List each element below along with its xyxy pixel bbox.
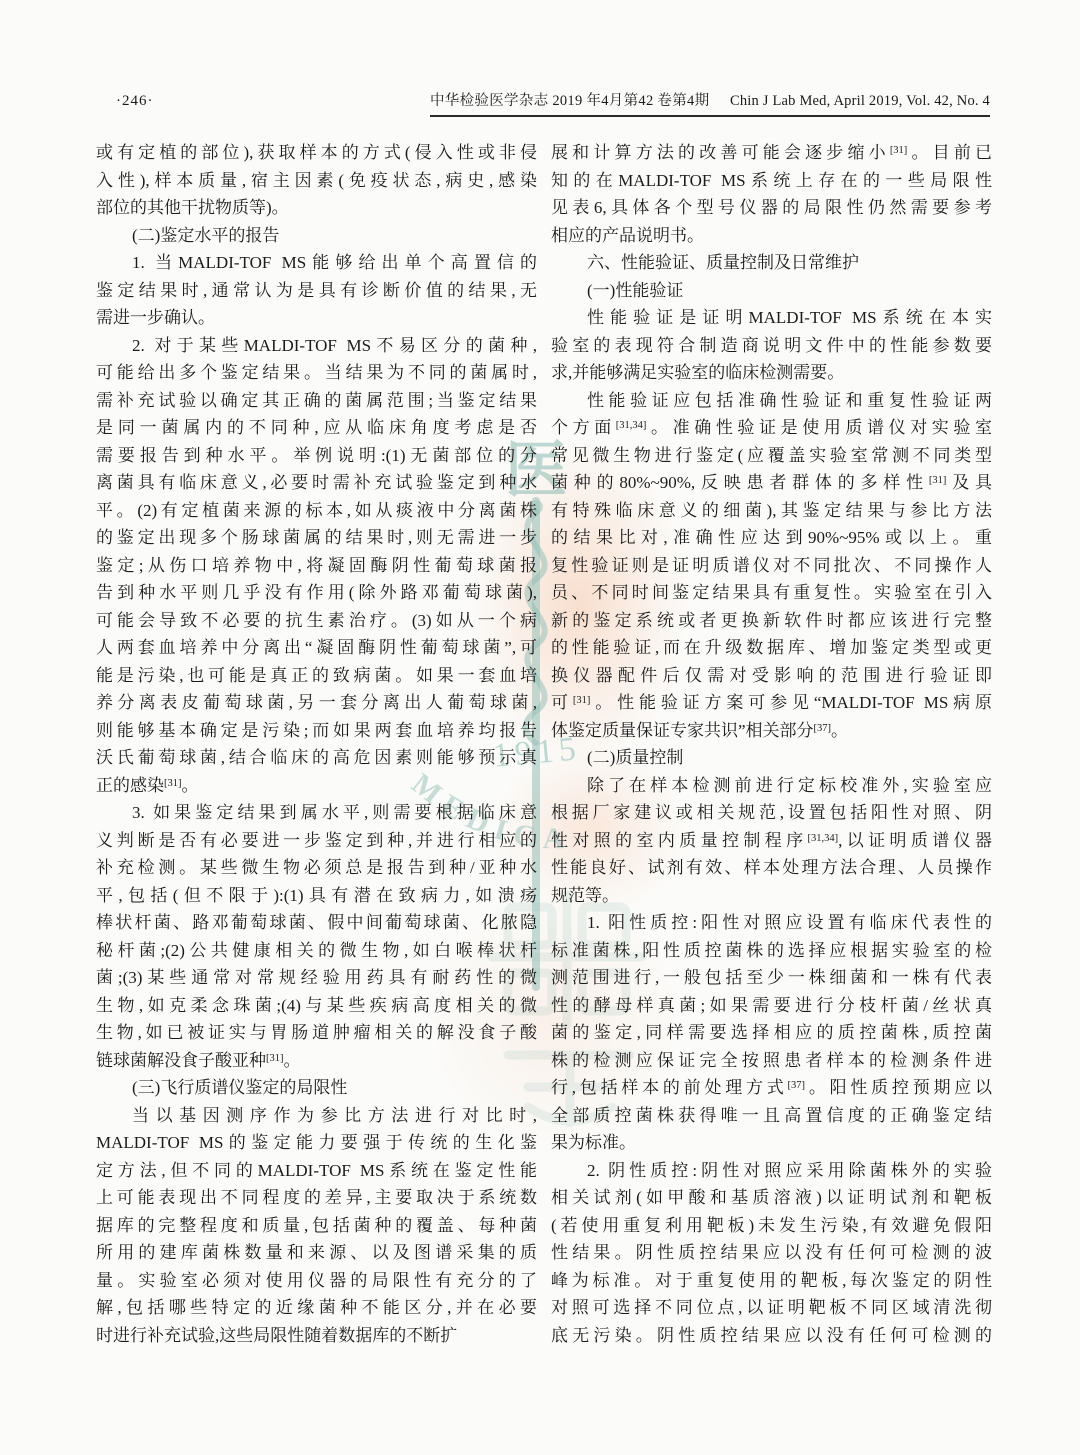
page-number: ·246·: [116, 93, 154, 110]
text-line: 是同一菌属内的不同种,应从临床角度考虑是否: [96, 414, 537, 442]
text-line: 菌种的80%~90%,反映患者群体的多样性[31]及具: [551, 469, 992, 497]
text-line: 所用的建库菌株数量和来源、以及图谱采集的质: [96, 1239, 537, 1267]
text-line: 性对照的室内质量控制程序[31,34],以证明质谱仪器: [551, 827, 992, 855]
text-line: 上可能表现出不同程度的差异,主要取决于系统数: [96, 1184, 537, 1212]
text-line: 需进一步确认。: [96, 304, 537, 332]
text-line: 的结果比对,准确性应达到90%~95%或以上。重: [551, 524, 992, 552]
text-line: 沃氏葡萄球菌,结合临床的高危因素则能够预示真: [96, 744, 537, 772]
text-line: (二)质量控制: [551, 744, 992, 772]
text-line: 有特殊临床意义的细菌),其鉴定结果与参比方法: [551, 497, 992, 525]
text-line: 测范围进行,一般包括至少一株细菌和一株有代表: [551, 964, 992, 992]
text-line: 常见微生物进行鉴定(应覆盖实验室常测不同类型: [551, 442, 992, 470]
text-line: 量。实验室必须对使用仪器的局限性有充分的了: [96, 1267, 537, 1295]
text-line: 标准菌株,阳性质控菌株的选择应根据实验室的检: [551, 937, 992, 965]
text-line: 规范等。: [551, 882, 992, 910]
text-line: 性能良好、试剂有效、样本处理方法合理、人员操作: [551, 854, 992, 882]
text-line: 据库的完整程度和质量,包括菌种的覆盖、每种菌: [96, 1212, 537, 1240]
text-line: 验室的表现符合制造商说明文件中的性能参数要: [551, 332, 992, 360]
text-line: 体鉴定质量保证专家共识”相关部分[37]。: [551, 717, 992, 745]
text-line: 解,包括哪些特定的近缘菌种不能区分,并在必要: [96, 1294, 537, 1322]
journal-title-english: Chin J Lab Med, April 2019, Vol. 42, No.…: [730, 93, 990, 110]
text-line: 部位的其他干扰物质等)。: [96, 194, 537, 222]
text-line: 全部质控菌株获得唯一且高置信度的正确鉴定结: [551, 1102, 992, 1130]
journal-page: 医 1915 MEDICAL ·246·: [0, 0, 1080, 1455]
text-line: 换仪器配件后仅需对受影响的范围进行验证即: [551, 662, 992, 690]
text-line: 菌的鉴定,同样需要选择相应的质控菌株,质控菌: [551, 1019, 992, 1047]
text-line: 根据厂家建议或相关规范,设置包括阳性对照、阴: [551, 799, 992, 827]
text-line: 棒状杆菌、路邓葡萄球菌、假中间葡萄球菌、化脓隐: [96, 909, 537, 937]
text-line: 则能够基本确定是污染;而如果两套血培养均报告: [96, 717, 537, 745]
text-line: (三)飞行质谱仪鉴定的局限性: [96, 1074, 537, 1102]
text-line: 当以基因测序作为参比方法进行对比时,: [96, 1102, 537, 1130]
journal-title-chinese: 中华检验医学杂志 2019 年4月第42 卷第4期: [430, 89, 709, 110]
text-line: 展和计算方法的改善可能会逐步缩小[31]。目前已: [551, 139, 992, 167]
text-line: 2. 阴性质控:阴性对照应采用除菌株外的实验: [551, 1157, 992, 1185]
text-line: 性能验证是证明MALDI-TOF MS系统在本实: [551, 304, 992, 332]
text-line: (一)性能验证: [551, 277, 992, 305]
text-line: 新的鉴定系统或者更换新软件时都应该进行完整: [551, 607, 992, 635]
text-line: 菌;(3)某些通常对常规经验用药具有耐药性的微: [96, 964, 537, 992]
text-line: 的性能验证,而在升级数据库、增加鉴定类型或更: [551, 634, 992, 662]
text-line: 入性),样本质量,宿主因素(免疫状态,病史,感染: [96, 167, 537, 195]
text-line: 对照可选择不同位点,以证明靶板不同区域清洗彻: [551, 1294, 992, 1322]
text-line: 相应的产品说明书。: [551, 222, 992, 250]
text-line: 性结果。阴性质控结果应以没有任何可检测的波: [551, 1239, 992, 1267]
text-line: MALDI-TOF MS的鉴定能力要强于传统的生化鉴: [96, 1129, 537, 1157]
text-line: 的鉴定出现多个肠球菌属的结果时,则无需进一步: [96, 524, 537, 552]
text-line: 1. 当MALDI-TOF MS能够给出单个高置信的: [96, 249, 537, 277]
text-line: 可[31]。性能验证方案可参见“MALDI-TOF MS病原: [551, 689, 992, 717]
text-line: 能是污染,也可能是真正的致病菌。如果一套血培: [96, 662, 537, 690]
text-line: 可能会导致不必要的抗生素治疗。(3)如从一个病: [96, 607, 537, 635]
text-line: 果为标准。: [551, 1129, 992, 1157]
text-line: 或有定植的部位),获取样本的方式(侵入性或非侵: [96, 139, 537, 167]
text-line: 定方法,但不同的MALDI-TOF MS系统在鉴定性能: [96, 1157, 537, 1185]
text-line: 链球菌解没食子酸亚种[31]。: [96, 1047, 537, 1075]
text-line: 生物,如已被证实与胃肠道肿瘤相关的解没食子酸: [96, 1019, 537, 1047]
text-line: 3. 如果鉴定结果到属水平,则需要根据临床意: [96, 799, 537, 827]
text-line: 见表6,具体各个型号仪器的局限性仍然需要参考: [551, 194, 992, 222]
text-line: 员、不同时间鉴定结果具有重复性。实验室在引入: [551, 579, 992, 607]
text-line: 性的酵母样真菌;如果需要进行分枝杆菌/丝状真: [551, 992, 992, 1020]
text-line: 相关试剂(如甲酸和基质溶液)以证明试剂和靶板: [551, 1184, 992, 1212]
text-line: 行,包括样本的前处理方式[37]。阳性质控预期应以: [551, 1074, 992, 1102]
text-line: (二)鉴定水平的报告: [96, 222, 537, 250]
text-line: 六、性能验证、质量控制及日常维护: [551, 249, 992, 277]
text-line: 正的感染[31]。: [96, 772, 537, 800]
text-line: 平,包括(但不限于):(1)具有潜在致病力,如溃疡: [96, 882, 537, 910]
text-line: 1. 阳性质控:阳性对照应设置有临床代表性的: [551, 909, 992, 937]
text-line: 求,并能够满足实验室的临床检测需要。: [551, 359, 992, 387]
text-line: 养分离表皮葡萄球菌,另一套分离出人葡萄球菌,: [96, 689, 537, 717]
text-line: 个方面[31,34]。准确性验证是使用质谱仪对实验室: [551, 414, 992, 442]
text-line: 峰为标准。对于重复使用的靶板,每次鉴定的阴性: [551, 1267, 992, 1295]
text-line: 除了在样本检测前进行定标校准外,实验室应: [551, 772, 992, 800]
text-line: 2. 对于某些MALDI-TOF MS不易区分的菌种,: [96, 332, 537, 360]
text-line: 性能验证应包括准确性验证和重复性验证两: [551, 387, 992, 415]
page-header: ·246· 中华检验医学杂志 2019 年4月第42 卷第4期 Chin J L…: [0, 88, 1080, 122]
text-line: 鉴定结果时,通常认为是具有诊断价值的结果,无: [96, 277, 537, 305]
text-line: 生物,如克柔念珠菌;(4)与某些疾病高度相关的微: [96, 992, 537, 1020]
text-line: 株的检测应保证完全按照患者样本的检测条件进: [551, 1047, 992, 1075]
journal-citation: 中华检验医学杂志 2019 年4月第42 卷第4期 Chin J Lab Med…: [430, 89, 990, 117]
left-column: 或有定植的部位),获取样本的方式(侵入性或非侵入性),样本质量,宿主因素(免疫状…: [96, 139, 537, 1349]
text-line: 告到种水平则几乎没有作用(除外路邓葡萄球菌),: [96, 579, 537, 607]
text-line: 人两套血培养中分离出“凝固酶阴性葡萄球菌”,可: [96, 634, 537, 662]
text-line: 平。(2)有定植菌来源的标本,如从痰液中分离菌株: [96, 497, 537, 525]
text-line: 知的在MALDI-TOF MS系统上存在的一些局限性: [551, 167, 992, 195]
text-line: 离菌具有临床意义,必要时需补充试验鉴定到种水: [96, 469, 537, 497]
text-line: 秘杆菌;(2)公共健康相关的微生物,如白喉棒状杆: [96, 937, 537, 965]
text-line: 底无污染。阴性质控结果应以没有任何可检测的: [551, 1322, 992, 1350]
text-line: 需补充试验以确定其正确的菌属范围;当鉴定结果: [96, 387, 537, 415]
right-column: 展和计算方法的改善可能会逐步缩小[31]。目前已知的在MALDI-TOF MS系…: [551, 139, 992, 1349]
text-line: 可能给出多个鉴定结果。当结果为不同的菌属时,: [96, 359, 537, 387]
text-line: 补充检测。某些微生物必须总是报告到种/亚种水: [96, 854, 537, 882]
text-line: 复性验证则是证明质谱仪对不同批次、不同操作人: [551, 552, 992, 580]
text-line: 鉴定;从伤口培养物中,将凝固酶阴性葡萄球菌报: [96, 552, 537, 580]
text-line: 义判断是否有必要进一步鉴定到种,并进行相应的: [96, 827, 537, 855]
text-line: (若使用重复利用靶板)未发生污染,有效避免假阳: [551, 1212, 992, 1240]
text-line: 时进行补充试验,这些局限性随着数据库的不断扩: [96, 1322, 537, 1350]
text-line: 需要报告到种水平。举例说明:(1)无菌部位的分: [96, 442, 537, 470]
